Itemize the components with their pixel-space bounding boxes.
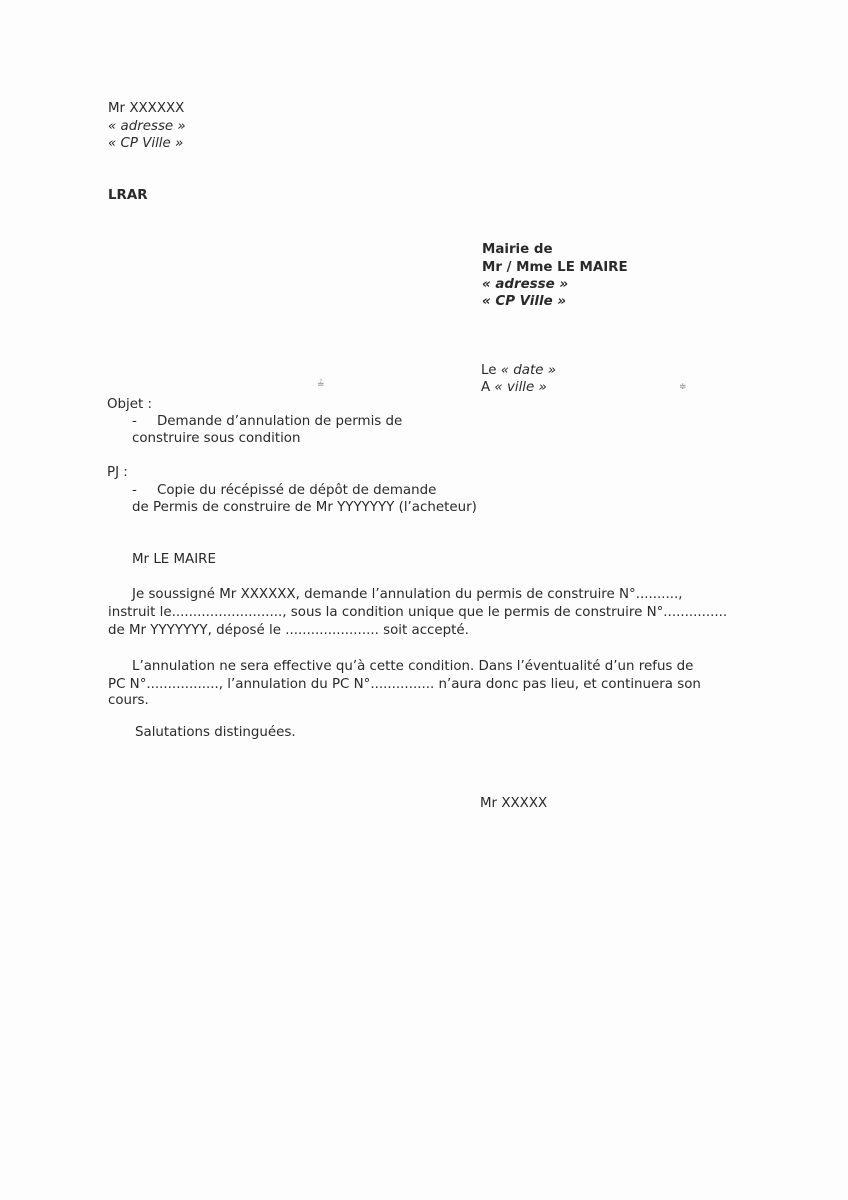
sender-city: « CP Ville »	[108, 135, 183, 153]
date-line: Le « date »	[481, 362, 556, 380]
objet-label: Objet :	[107, 396, 152, 414]
body-p1-line3: de Mr YYYYYYY, déposé le ...............…	[108, 622, 469, 640]
date-prefix: Le	[481, 363, 501, 378]
pj-label: PJ :	[107, 464, 128, 482]
body-p2-line1: L’annulation ne sera effective qu’à cett…	[132, 658, 693, 676]
date-value: « date »	[501, 363, 556, 378]
body-p1-line1: Je soussigné Mr XXXXXX, demande l’annula…	[132, 586, 683, 604]
place-line: A « ville »	[481, 379, 547, 397]
place-prefix: A	[481, 380, 494, 395]
objet-line1: Demande d’annulation de permis de	[157, 413, 402, 431]
recipient-address: « adresse »	[482, 276, 568, 294]
body-p2-line3: cours.	[108, 692, 149, 710]
pj-line1: Copie du récépissé de dépôt de demande	[157, 482, 436, 500]
scan-mark: ≑	[679, 382, 687, 392]
sender-address: « adresse »	[108, 118, 186, 136]
pj-bullet: -	[132, 482, 137, 500]
recipient-line1: Mairie de	[482, 241, 553, 259]
signature: Mr XXXXX	[480, 795, 547, 813]
salutation-head: Mr LE MAIRE	[132, 551, 216, 569]
sender-name: Mr XXXXXX	[108, 100, 184, 118]
pj-line2: de Permis de construire de Mr YYYYYYY (l…	[132, 499, 477, 517]
scan-mark: ≟	[317, 380, 325, 390]
body-p2-line2: PC N°................., l’annulation du …	[108, 676, 701, 694]
objet-bullet: -	[132, 413, 137, 431]
place-value: « ville »	[494, 380, 546, 395]
body-p1-line2: instruit le.........................., s…	[108, 604, 727, 622]
closing: Salutations distinguées.	[135, 724, 296, 742]
recipient-city: « CP Ville »	[482, 293, 566, 311]
objet-line2: construire sous condition	[132, 430, 301, 448]
recipient-line2: Mr / Mme LE MAIRE	[482, 259, 628, 277]
send-mode: LRAR	[108, 187, 148, 205]
